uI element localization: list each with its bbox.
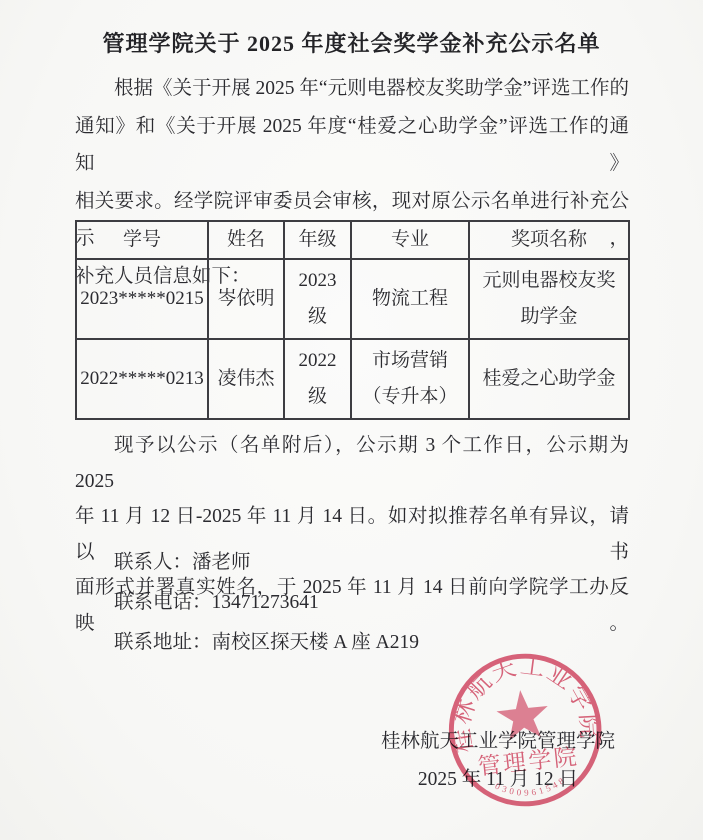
contact-phone: 联系电话：13471273641 [75, 583, 629, 623]
table-header-row: 学号 姓名 年级 专业 奖项名称 [76, 221, 629, 259]
table-row: 2023*****0215 岑依明 2023 级 物流工程 元则电器校友奖 助学… [76, 259, 629, 339]
cell-student-id: 2022*****0213 [76, 339, 208, 419]
scanned-notice-document: 管理学院关于 2025 年度社会奖学金补充公示名单 根据《关于开展 2025 年… [0, 0, 703, 840]
cell-grade: 2022 级 [284, 339, 351, 419]
cell-award-name: 元则电器校友奖 助学金 [469, 259, 629, 339]
cell-name: 岑依明 [208, 259, 284, 339]
header-major: 专业 [351, 221, 469, 259]
seal-star-icon [495, 687, 551, 741]
cell-award-name: 桂爱之心助学金 [469, 339, 629, 419]
header-award-name: 奖项名称 [469, 221, 629, 259]
official-seal: 桂林航天工业学院 管理学院 0300961548 [444, 648, 608, 812]
header-grade: 年级 [284, 221, 351, 259]
cell-name: 凌伟杰 [208, 339, 284, 419]
intro-line-2: 通知》和《关于开展 2025 年度“桂爱之心助学金”评选工作的通知》 [75, 108, 629, 183]
publicity-line-1: 现予以公示（名单附后），公示期 3 个工作日，公示期为 2025 [75, 428, 629, 499]
page-title: 管理学院关于 2025 年度社会奖学金补充公示名单 [0, 27, 703, 58]
header-student-id: 学号 [76, 221, 208, 259]
cell-student-id: 2023*****0215 [76, 259, 208, 339]
header-name: 姓名 [208, 221, 284, 259]
contact-person: 联系人：潘老师 [75, 543, 629, 583]
table-row: 2022*****0213 凌伟杰 2022 级 市场营销 （专升本） 桂爱之心… [76, 339, 629, 419]
cell-major: 市场营销 （专升本） [351, 339, 469, 419]
contact-block: 联系人：潘老师 联系电话：13471273641 联系地址：南校区探天楼 A 座… [75, 543, 629, 663]
seal-group: 桂林航天工业学院 管理学院 0300961548 [444, 648, 608, 811]
intro-line-1: 根据《关于开展 2025 年“元则电器校友奖助学金”评选工作的 [75, 70, 629, 108]
cell-major: 物流工程 [351, 259, 469, 339]
cell-grade: 2023 级 [284, 259, 351, 339]
seal-center-text: 管理学院 [477, 744, 581, 779]
scholarship-table: 学号 姓名 年级 专业 奖项名称 2023*****0215 岑依明 2023 … [75, 220, 630, 420]
